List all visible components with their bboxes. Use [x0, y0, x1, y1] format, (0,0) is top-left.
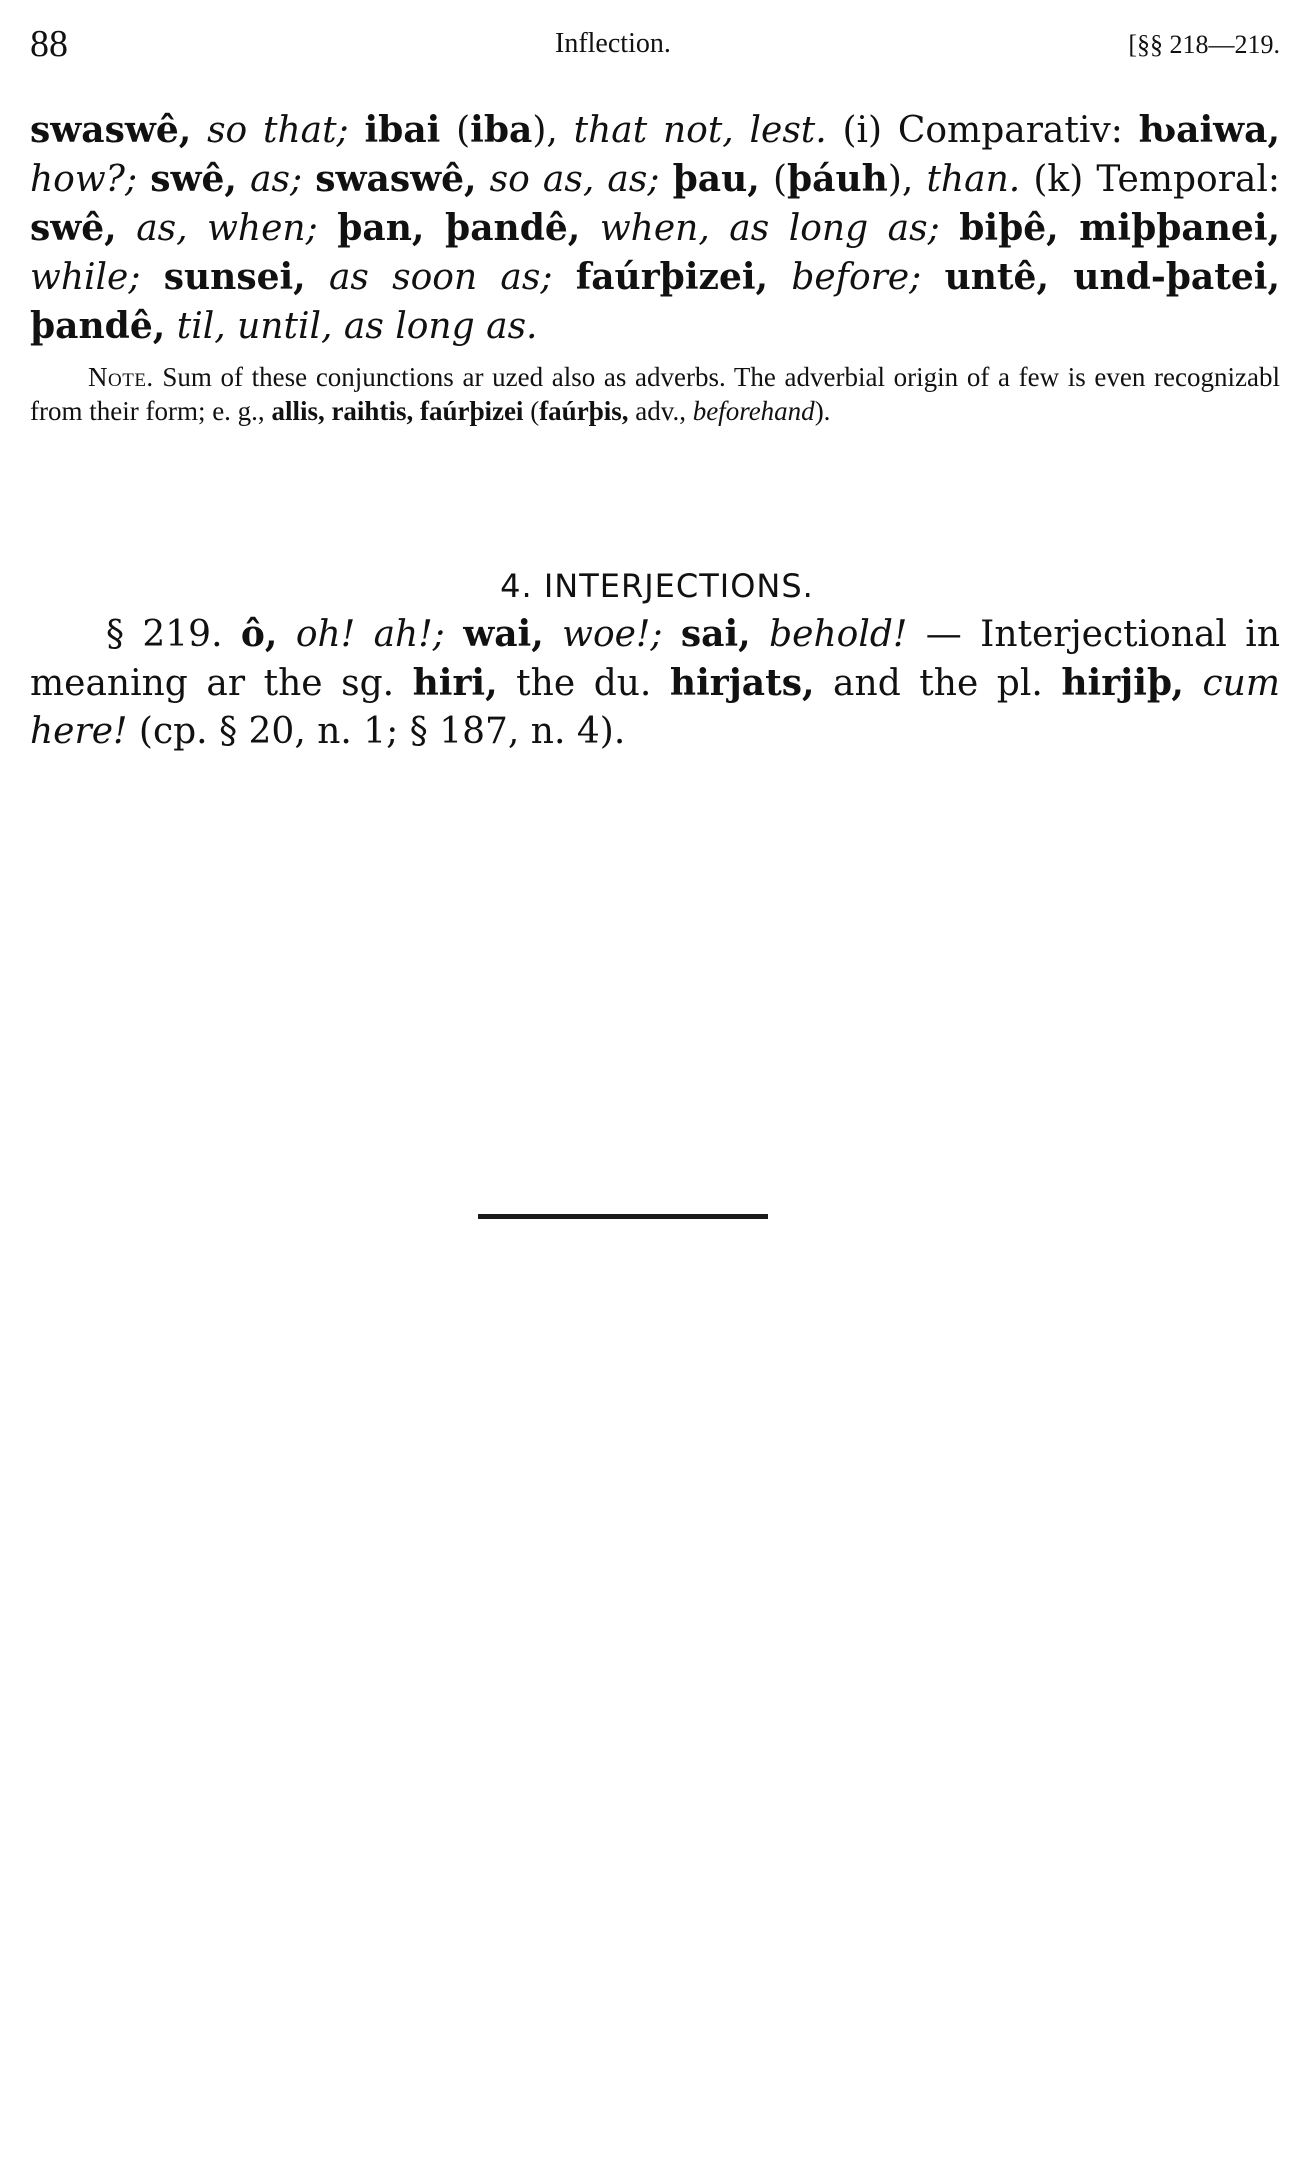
text-run [306, 257, 329, 298]
text-run: § 219. [106, 614, 241, 655]
paragraph-text: swaswê, so that; ibai (iba), that not, l… [30, 106, 1280, 351]
text-run [237, 159, 250, 200]
note-body: Sum of these conjunctions ar uzed also a… [30, 362, 1280, 426]
text-run [940, 208, 960, 249]
text-run: (i) Comparativ: [827, 110, 1139, 151]
gloss: beforehand [693, 396, 815, 426]
gothic-term: hirjats, [670, 662, 815, 704]
gloss: so as, as; [490, 159, 660, 200]
text-run [1184, 663, 1203, 704]
gothic-term: swê, [150, 158, 237, 200]
text-run [165, 306, 176, 347]
text-run [663, 614, 681, 655]
text-run: ), [532, 110, 573, 151]
gothic-term: ibai [364, 109, 440, 151]
gothic-term: þáuh [787, 158, 888, 200]
gothic-term: swê, [30, 207, 117, 249]
text-run [768, 257, 791, 298]
section-heading: 4. INTERJECTIONS. [0, 567, 1314, 605]
text-run: ( [760, 159, 787, 200]
running-title: Inflection. [555, 28, 671, 60]
gloss: how?; [30, 159, 137, 200]
text-run [318, 208, 338, 249]
text-run: ), [888, 159, 927, 200]
gloss: oh! ah!; [296, 614, 445, 655]
gloss: while; [30, 257, 140, 298]
page-number: 88 [30, 22, 68, 66]
note-paragraph: Note. Sum of these conjunctions ar uzed … [30, 360, 1280, 428]
gloss: that not, lest. [574, 110, 827, 151]
note-text: Note. Sum of these conjunctions ar uzed … [30, 360, 1280, 428]
gloss: so that; [207, 110, 349, 151]
book-page: 88 Inflection. [§§ 218—219. swaswê, so t… [0, 0, 1314, 2177]
gloss: behold! [769, 614, 907, 655]
paragraph-text: § 219. ô, oh! ah!; wai, woe!; sai, behol… [30, 610, 1280, 756]
gothic-term: hiri, [413, 662, 498, 704]
gothic-term: wai, [463, 613, 544, 655]
gothic-term: allis, raihtis, faúrþizei [271, 396, 523, 426]
section-reference: [§§ 218—219. [1128, 30, 1280, 60]
text-run: ( [523, 396, 539, 426]
text-run [660, 159, 673, 200]
gloss: than. [926, 159, 1020, 200]
gothic-term: iba [470, 109, 532, 151]
gloss: as, when; [136, 208, 318, 249]
gothic-term: sunsei, [164, 256, 306, 298]
text-run: adv., [628, 396, 692, 426]
text-run [277, 614, 295, 655]
gothic-term: hirjiþ, [1061, 662, 1184, 704]
gloss: as soon as; [329, 257, 552, 298]
text-run: (k) Temporal: [1020, 159, 1280, 200]
note-label: Note. [88, 362, 154, 392]
gloss: as; [250, 159, 302, 200]
text-run [191, 110, 207, 151]
text-run: ). [815, 396, 831, 426]
text-run [117, 208, 137, 249]
conjunctions-paragraph: swaswê, so that; ibai (iba), that not, l… [30, 106, 1280, 351]
gothic-term: þan, þandê, [337, 207, 580, 249]
running-head: 88 Inflection. [§§ 218—219. [30, 22, 1280, 72]
text-run [751, 614, 769, 655]
text-run: (cp. § 20, n. 1; § 187, n. 4). [127, 711, 625, 752]
gothic-term: þau, [673, 158, 760, 200]
interjections-paragraph: § 219. ô, oh! ah!; wai, woe!; sai, behol… [30, 610, 1280, 756]
gothic-term: faúrþizei, [576, 256, 768, 298]
text-run [552, 257, 575, 298]
text-run [445, 614, 463, 655]
gloss: when, as long as; [600, 208, 940, 249]
text-run [580, 208, 600, 249]
gothic-term: ô, [241, 613, 278, 655]
section-end-rule [478, 1214, 768, 1219]
text-run [140, 257, 163, 298]
gothic-term: swaswê, [315, 158, 476, 200]
gothic-term: biþê, miþþanei, [959, 207, 1280, 249]
text-run: the du. [498, 663, 670, 704]
gloss: til, until, as long as. [177, 306, 538, 347]
text-run [477, 159, 490, 200]
text-run [349, 110, 365, 151]
text-run [302, 159, 315, 200]
gothic-term: sai, [681, 613, 751, 655]
text-run: and the pl. [815, 663, 1062, 704]
gloss: before; [791, 257, 921, 298]
gloss: woe!; [562, 614, 662, 655]
gothic-term: ƕaiwa, [1139, 109, 1280, 151]
text-run [137, 159, 150, 200]
text-run [921, 257, 944, 298]
gothic-term: swaswê, [30, 109, 191, 151]
text-run: ( [440, 110, 470, 151]
gothic-term: faúrþis, [539, 396, 628, 426]
text-run [544, 614, 562, 655]
